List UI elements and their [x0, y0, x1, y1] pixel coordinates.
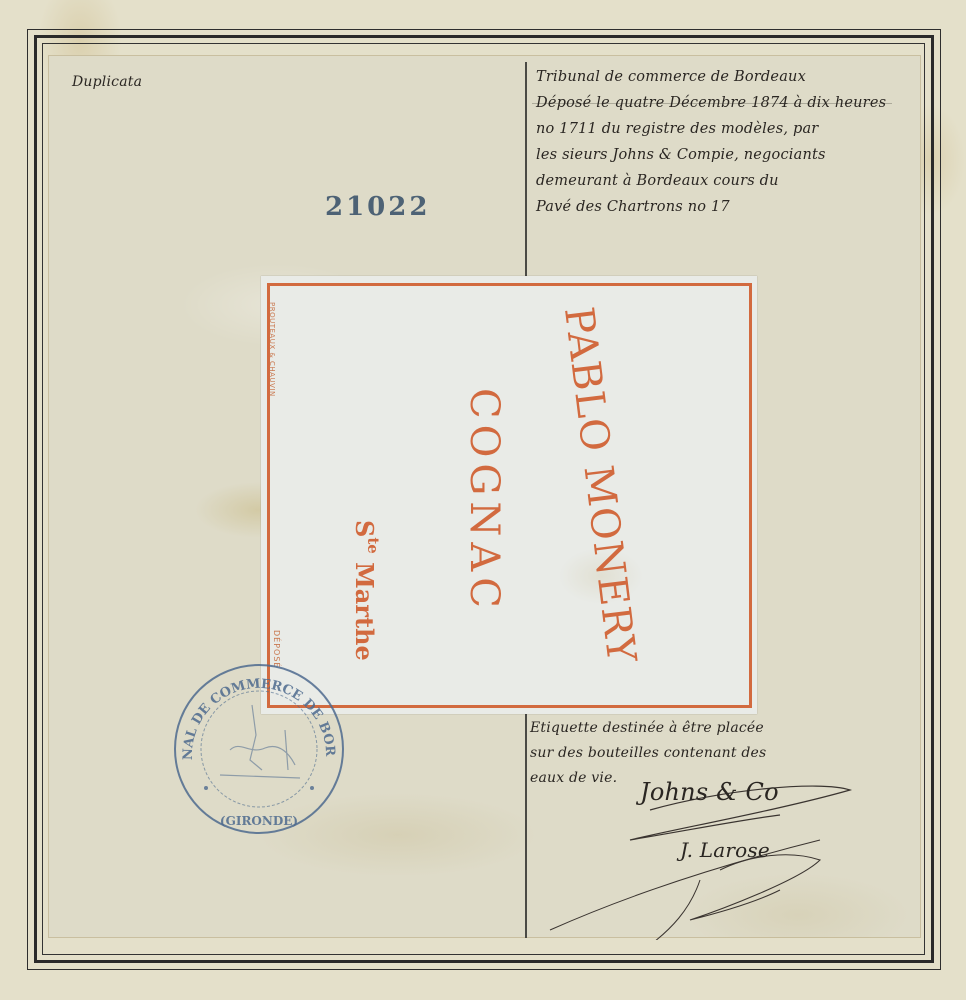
- registry-line: les sieurs Johns & Compie, negociants: [536, 142, 886, 168]
- note-line: sur des bouteilles contenant des: [530, 741, 766, 766]
- registry-line: no 1711 du registre des modèles, par: [536, 116, 886, 142]
- note-line: Etiquette destinée à être placée: [530, 716, 766, 741]
- registry-line: Tribunal de commerce de Bordeaux: [536, 64, 886, 90]
- place-superscript: te: [364, 537, 382, 553]
- signature-johns: Johns & Co: [640, 778, 779, 806]
- registration-number-stamp: 21022: [325, 192, 430, 222]
- registry-line: demeurant à Bordeaux cours du: [536, 168, 886, 194]
- registry-line: Pavé des Chartrons no 17: [536, 194, 886, 220]
- duplicate-mark: Duplicata: [72, 74, 142, 90]
- place-name: Marthe: [350, 554, 379, 661]
- label-border: [267, 283, 752, 708]
- svg-text:(GIRONDE): (GIRONDE): [220, 814, 298, 828]
- label-printer-credit: PROUTEAUX & CHAUVIN: [268, 302, 276, 397]
- registry-entry: Tribunal de commerce de Bordeaux Déposé …: [536, 64, 886, 220]
- cognac-label: [261, 276, 757, 714]
- label-place: Ste Marthe: [350, 520, 382, 661]
- place-prefix: S: [350, 520, 379, 537]
- signature-larose: J. Larose: [680, 838, 770, 862]
- label-product: COGNAC: [461, 388, 507, 614]
- tribunal-seal-icon: TRIBUNAL DE COMMERCE DE BORDEAUX (GIROND…: [170, 660, 348, 838]
- registry-line: Déposé le quatre Décembre 1874 à dix heu…: [536, 90, 886, 116]
